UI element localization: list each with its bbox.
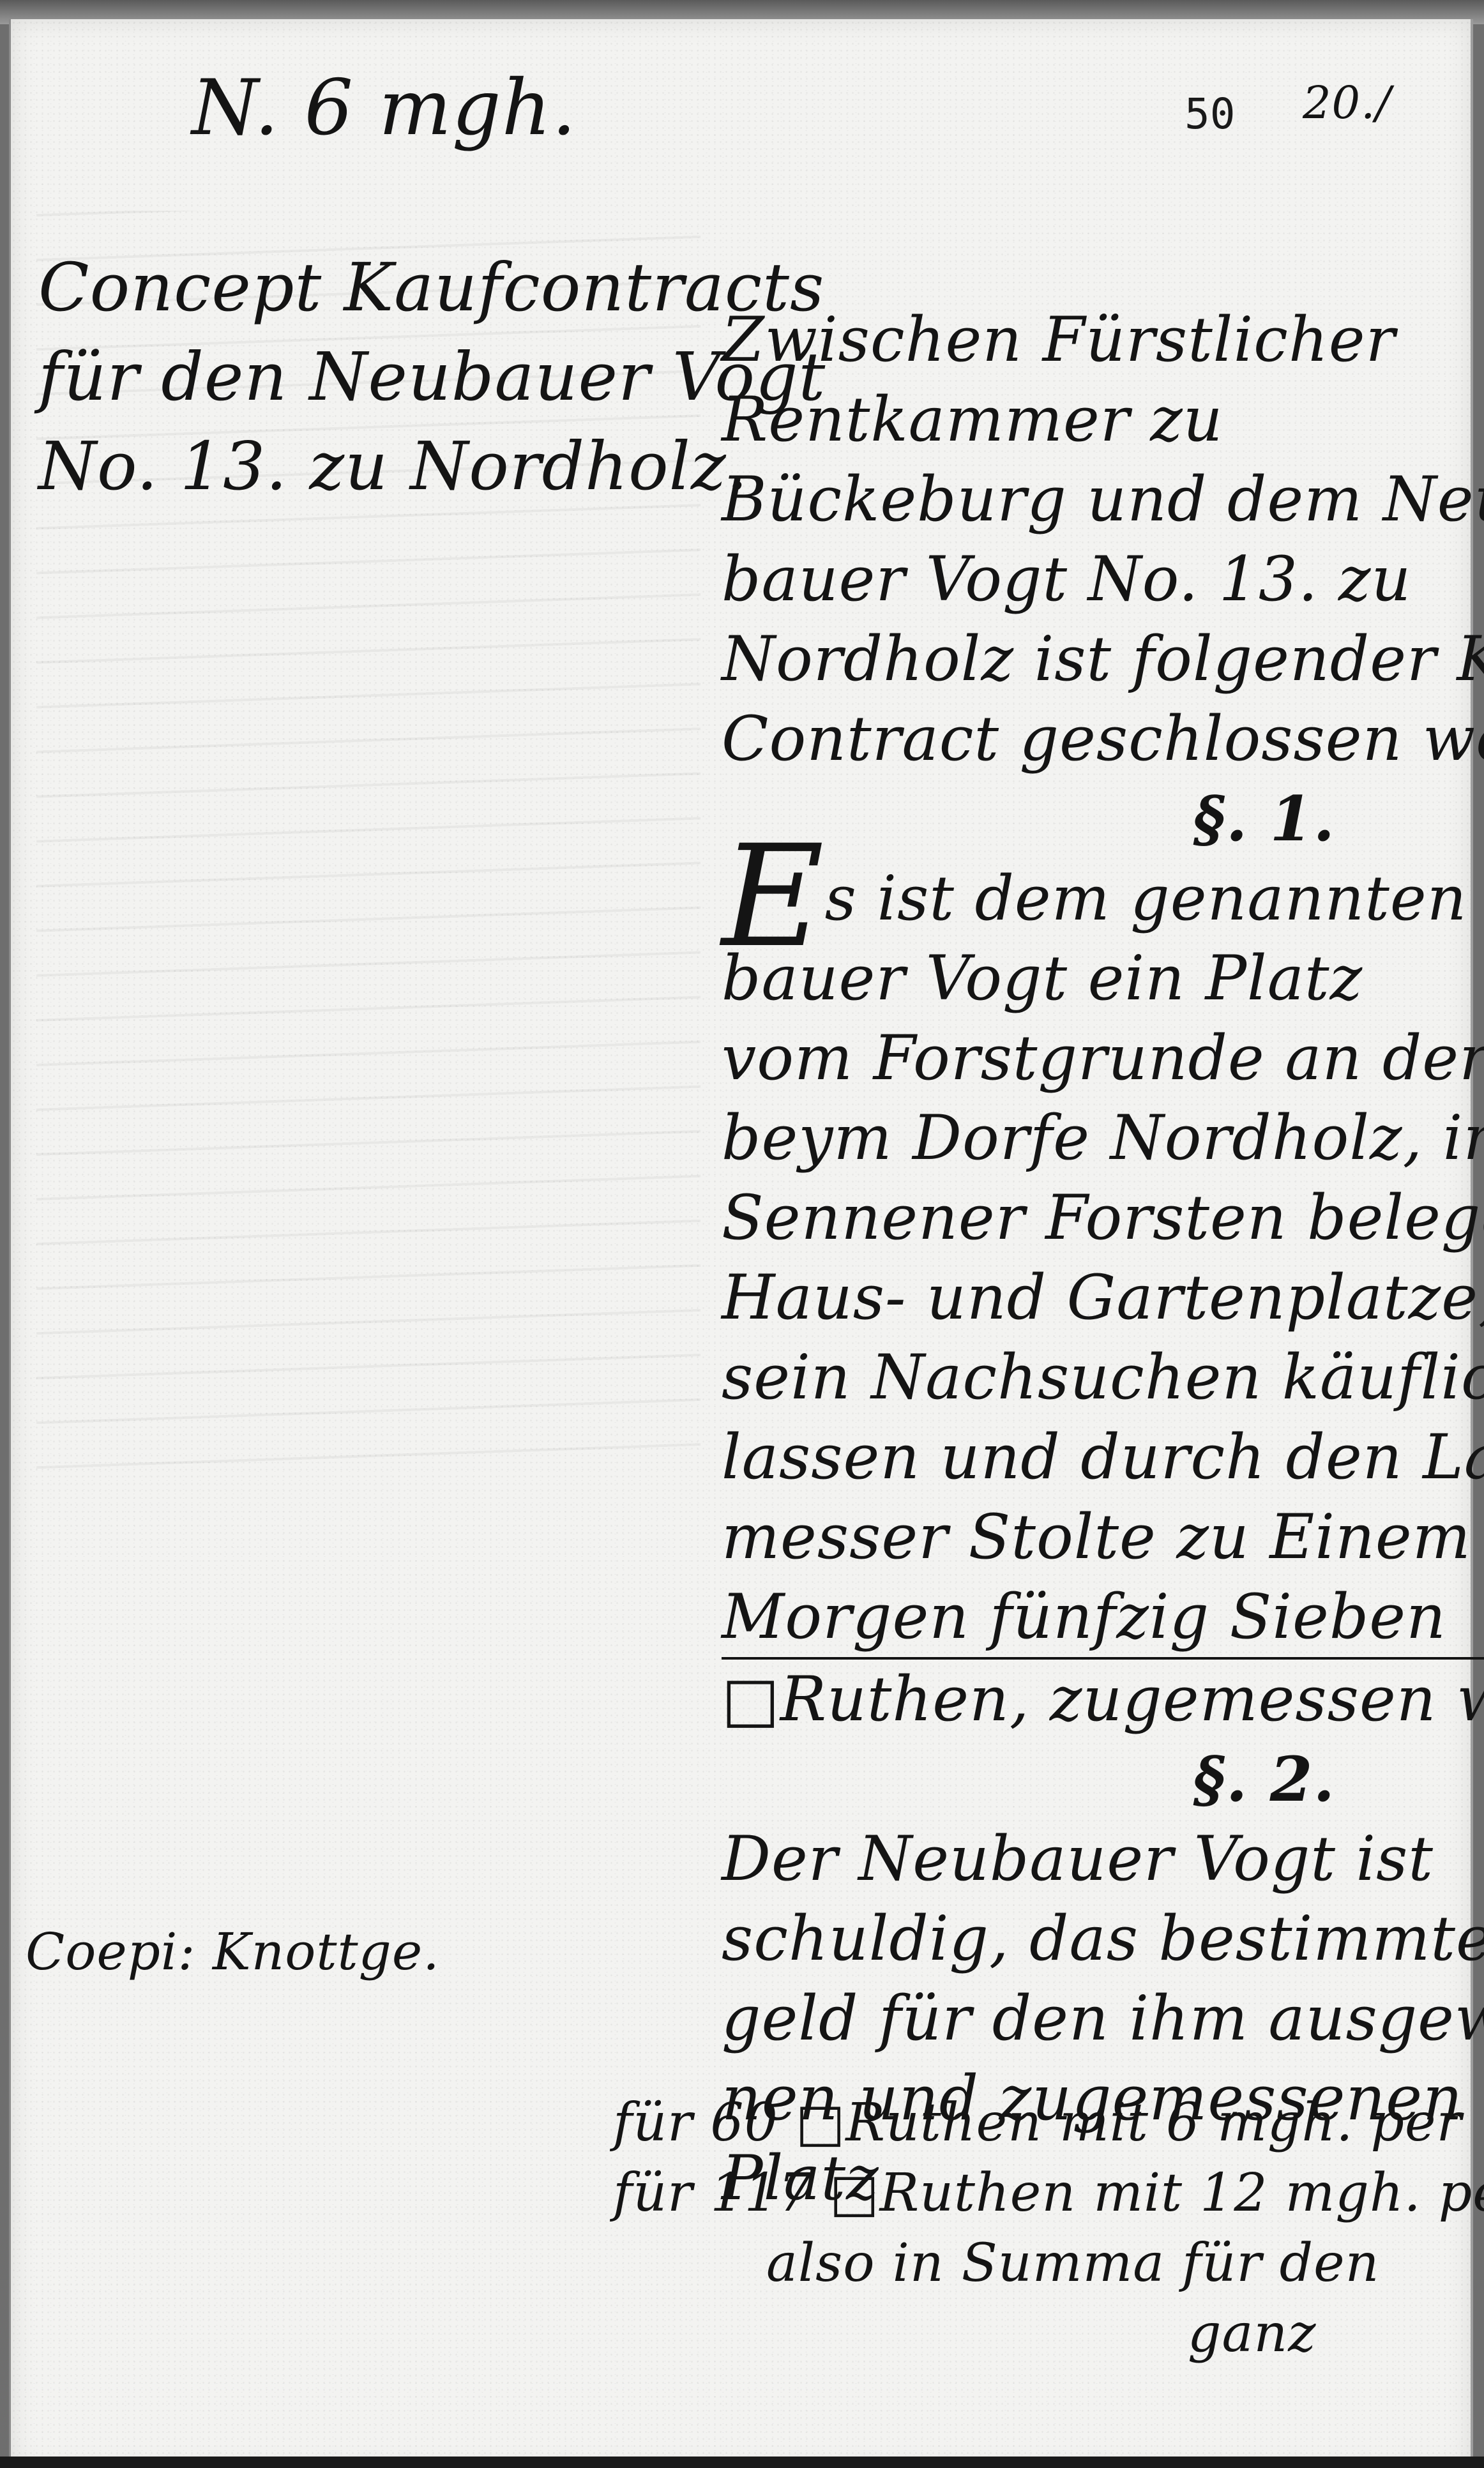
section-line: vom Forstgrunde an der Nähe (722, 1018, 1484, 1098)
preamble-line: Rentkammer zu (722, 380, 1484, 460)
section-line: Der Neubauer Vogt ist (722, 1819, 1484, 1899)
section-line: schuldig, das bestimmte Kauf- (722, 1899, 1484, 1979)
folio-number: 20./ (1303, 77, 1391, 129)
calc-line: für 60 □Ruthen mit 6 mgh. per □Ruthe (613, 2088, 1484, 2158)
contract-body: Zwischen Fürstlicher Rentkammer zu Bücke… (722, 300, 1484, 2218)
preamble-line: bauer Vogt No. 13. zu (722, 540, 1484, 619)
price-calculation: für 60 □Ruthen mit 6 mgh. per □Ruthe für… (613, 2088, 1484, 2369)
fee-note: N. 6 mgh. (192, 64, 577, 153)
section-1: §. 1. Es ist dem genannten Neu- bauer Vo… (722, 779, 1484, 1739)
section-line: □Ruthen, zugemessen worden. (722, 1660, 1484, 1739)
section-line: bauer Vogt ein Platz (722, 939, 1484, 1018)
document-heading: Concept Kaufcontracts für den Neubauer V… (38, 243, 826, 511)
calc-line: für 117 □Ruthen mit 12 mgh. per □Ruthe (613, 2158, 1484, 2229)
section-1-title: §. 1. (722, 779, 1484, 859)
calc-line: ganz (613, 2299, 1484, 2369)
section-line-underlined: Morgen fünfzig Sieben (722, 1577, 1484, 1660)
heading-line: Concept Kaufcontracts (38, 243, 826, 332)
heading-line: No. 13. zu Nordholz. (38, 421, 826, 511)
page-number-stamp: 50 (1185, 89, 1235, 139)
preamble-line: Contract geschlossen worden. (722, 699, 1484, 779)
preamble: Zwischen Fürstlicher Rentkammer zu Bücke… (722, 300, 1484, 779)
section-line: beym Dorfe Nordholz, im (722, 1098, 1484, 1178)
section-line: geld für den ihm ausgewiesen (722, 1979, 1484, 2059)
section-line: Es ist dem genannten Neu- (722, 859, 1484, 939)
copyist-signature: Coepi: Knottge. (26, 1922, 440, 1981)
preamble-line: Zwischen Fürstlicher (722, 300, 1484, 380)
section-line: Haus- und Gartenplatze, auf (722, 1258, 1484, 1338)
section-line: messer Stolte zu Einem (722, 1497, 1484, 1577)
section-2-title: §. 2. (722, 1739, 1484, 1819)
preamble-line: Nordholz ist folgender Kauf- (722, 619, 1484, 699)
scan-bottom-edge (0, 2457, 1484, 2468)
section-line: sein Nachsuchen käuflich über- (722, 1338, 1484, 1418)
heading-line: für den Neubauer Vogt (38, 332, 826, 421)
preamble-line: Bückeburg und dem Neu- (722, 460, 1484, 540)
calc-line: also in Summa für den (613, 2229, 1484, 2299)
section-line: lassen und durch den Land- (722, 1418, 1484, 1497)
section-line: Sennener Forsten belegen, zum (722, 1178, 1484, 1258)
